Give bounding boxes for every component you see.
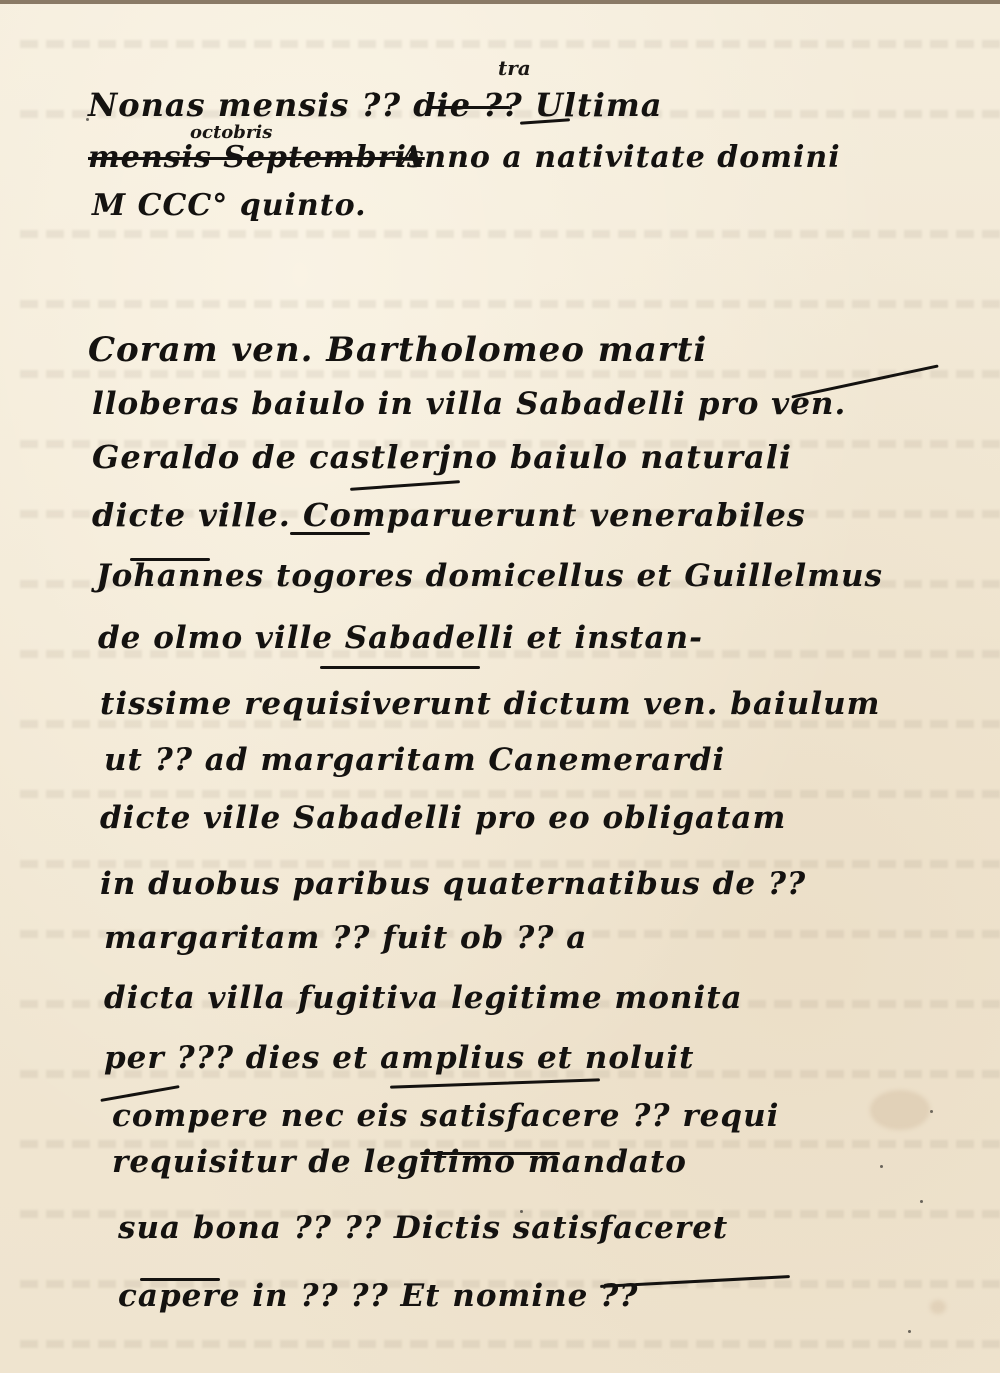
body-line-6: de olmo ville Sabadelli et instan- bbox=[98, 620, 703, 656]
body-line-10: in duobus paribus quaternatibus de ?? bbox=[100, 866, 806, 902]
ink-speck bbox=[880, 1165, 883, 1168]
ink-speck bbox=[520, 1210, 523, 1213]
ink-speck bbox=[372, 92, 375, 95]
body-line-8: ut ?? ad margaritam Canemerardi bbox=[104, 742, 725, 778]
manuscript-page: tra Nonas mensis ?? die ?? Ultima octobr… bbox=[0, 0, 1000, 1373]
superscript-correction: tra bbox=[498, 56, 531, 80]
body-line-4: dicte ville. Comparuerunt venerabiles bbox=[92, 496, 806, 534]
ink-speck bbox=[930, 1110, 933, 1113]
ink-speck bbox=[760, 1120, 763, 1123]
body-line-3: Geraldo de castlerjno baiulo naturali bbox=[92, 438, 792, 476]
body-line-16: sua bona ?? ?? Dictis satisfaceret bbox=[118, 1210, 728, 1246]
header-line-2: Anno a nativitate domini bbox=[400, 140, 841, 175]
paper-stain bbox=[930, 1300, 946, 1314]
overline-flourish bbox=[430, 106, 510, 109]
body-line-5: Johannes togores domicellus et Guillelmu… bbox=[96, 558, 883, 594]
overline-flourish bbox=[140, 1278, 220, 1281]
ink-speck bbox=[86, 118, 89, 121]
header-line-2-struck: mensis Septembris bbox=[88, 140, 425, 175]
overline-flourish bbox=[320, 666, 480, 669]
overline-flourish bbox=[290, 532, 370, 535]
body-line-2: lloberas baiulo in villa Sabadelli pro v… bbox=[92, 386, 846, 422]
body-line-13: per ??? dies et amplius et noluit bbox=[104, 1040, 694, 1076]
overline-flourish bbox=[130, 558, 210, 561]
paper-stain bbox=[870, 1090, 930, 1130]
body-line-14: compere nec eis satisfacere ?? requi bbox=[112, 1098, 779, 1134]
body-line-1: Coram ven. Bartholomeo marti bbox=[88, 330, 707, 370]
body-line-7: tissime requisiverunt dictum ven. baiulu… bbox=[100, 686, 880, 722]
body-line-12: dicta villa fugitiva legitime monita bbox=[104, 980, 743, 1016]
body-line-15: requisitur de legitimo mandato bbox=[112, 1144, 687, 1180]
ink-speck bbox=[908, 1330, 911, 1333]
header-line-3: M CCC° quinto. bbox=[92, 188, 367, 223]
underline-flourish bbox=[420, 1152, 560, 1155]
ink-speck bbox=[920, 1200, 923, 1203]
body-line-9: dicte ville Sabadelli pro eo obligatam bbox=[100, 800, 786, 836]
body-line-17: capere in ?? ?? Et nomine ?? bbox=[118, 1278, 638, 1314]
body-line-11: margaritam ?? fuit ob ?? a bbox=[104, 920, 587, 956]
header-line-1: Nonas mensis ?? die ?? Ultima bbox=[88, 86, 662, 124]
